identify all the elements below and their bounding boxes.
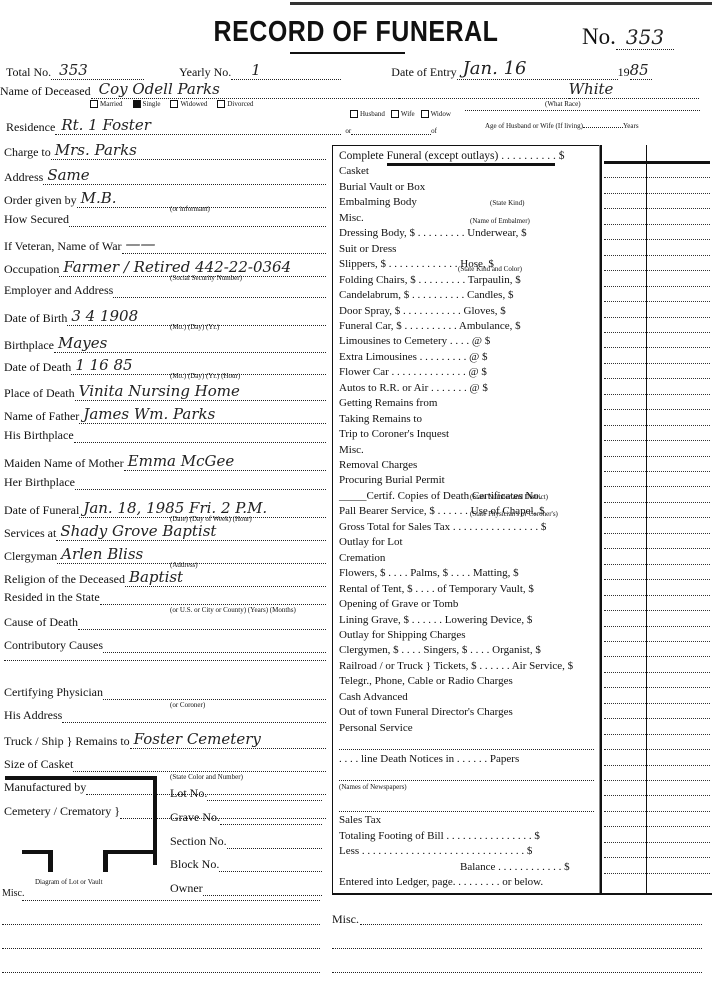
charge-item: Candelabrum, $ . . . . . . . . . . Candl… xyxy=(339,289,513,301)
field-row: Truck / Ship } Remains toFoster Cemetery xyxy=(4,730,326,749)
field-value[interactable] xyxy=(113,297,326,298)
deceased-name-field[interactable]: Coy Odell Parks xyxy=(91,80,399,99)
charge-item: Door Spray, $ . . . . . . . . . . . Glov… xyxy=(339,305,506,317)
misc-right-label: Misc. xyxy=(332,912,359,927)
field-row: Certifying Physician xyxy=(4,685,326,700)
field-value[interactable] xyxy=(62,722,326,723)
field-label: Birthplace xyxy=(4,338,54,353)
field-label: Clergyman xyxy=(4,549,57,564)
diagram-caption: Diagram of Lot or Vault xyxy=(35,878,103,886)
charge-amount-field[interactable] xyxy=(604,193,710,194)
charge-blank-line[interactable] xyxy=(339,811,594,812)
field-value[interactable]: Foster Cemetery xyxy=(130,730,326,749)
charge-item: Flowers, $ . . . . Palms, $ . . . . Matt… xyxy=(339,567,519,579)
misc-right-line-2[interactable] xyxy=(332,948,702,949)
charge-amount-field[interactable] xyxy=(604,363,710,364)
field-row: ClergymanArlen Bliss xyxy=(4,545,326,564)
field-value[interactable]: Same xyxy=(43,166,326,185)
field-row: Order given byM.B. xyxy=(4,189,326,208)
field-label: Date of Death xyxy=(4,360,71,375)
lot-field-input[interactable] xyxy=(203,895,322,896)
deceased-name-row: Name of Deceased Coy Odell Parks White xyxy=(0,80,706,99)
marital-divorced[interactable]: Divorced xyxy=(217,100,253,108)
charge-item: Limousines to Cemetery . . . . @ $ xyxy=(339,335,490,347)
field-label: Employer and Address xyxy=(4,283,113,298)
charge-amount-field[interactable] xyxy=(604,347,710,348)
charge-amount-field[interactable] xyxy=(604,672,710,673)
lot-field-row: Section No. xyxy=(170,834,322,849)
field-caption: (Mo.) (Day) (Yr.) xyxy=(170,323,219,331)
charge-amount-field[interactable] xyxy=(604,502,710,503)
field-row: OccupationFarmer / Retired 442-22-0364 xyxy=(4,258,326,277)
total-no-field[interactable]: 353 xyxy=(51,61,144,80)
field-value[interactable]: Shady Grove Baptist xyxy=(56,522,326,541)
field-label: Certifying Physician xyxy=(4,685,103,700)
race-field[interactable]: White xyxy=(569,80,699,99)
charge-item: Funeral Car, $ . . . . . . . . . . Ambul… xyxy=(339,320,521,332)
charge-amount-field[interactable] xyxy=(604,873,710,874)
charge-item: Outlay for Shipping Charges xyxy=(339,629,466,641)
charge-amount-field[interactable] xyxy=(604,255,710,256)
charge-item: Outlay for Lot xyxy=(339,536,403,548)
field-label: Contributory Causes xyxy=(4,638,103,653)
charge-amount-field[interactable] xyxy=(604,208,710,209)
charge-item: Casket xyxy=(339,165,369,177)
charge-amount-field[interactable] xyxy=(604,626,710,627)
charge-amount-field[interactable] xyxy=(604,301,710,302)
charge-amount-field[interactable] xyxy=(604,734,710,735)
field-value[interactable]: Baptist xyxy=(125,568,326,587)
field-value[interactable] xyxy=(74,442,326,443)
charges-bottom-border xyxy=(332,893,712,895)
charge-item: Removal Charges xyxy=(339,459,417,471)
charge-amount-field[interactable] xyxy=(604,517,710,518)
field-label: Truck / Ship } Remains to xyxy=(4,734,130,749)
misc-right-line-1[interactable] xyxy=(360,924,702,925)
charge-item: Rental of Tent, $ . . . . of Temporary V… xyxy=(339,583,534,595)
charge-amount-field[interactable] xyxy=(604,224,710,225)
record-number-value[interactable]: 353 xyxy=(616,25,674,50)
charge-item: Balance . . . . . . . . . . . . $ xyxy=(460,861,570,873)
field-label: How Secured xyxy=(4,212,69,227)
field-caption: (or U.S. or City or County) (Years) (Mon… xyxy=(170,606,296,614)
field-row: Services atShady Grove Baptist xyxy=(4,522,326,541)
charge-amount-field[interactable] xyxy=(604,765,710,766)
field-row: Contributory Causes xyxy=(4,638,326,653)
field-value[interactable] xyxy=(103,699,326,700)
charge-amount-field[interactable] xyxy=(604,579,710,580)
spouse-age-field[interactable] xyxy=(583,127,623,128)
field-row: His Address xyxy=(4,708,326,723)
charge-amount-field[interactable] xyxy=(604,703,710,704)
field-row: Place of DeathVinita Nursing Home xyxy=(4,382,326,401)
charge-item: Telegr., Phone, Cable or Radio Charges xyxy=(339,675,513,687)
entry-row: Total No. 353 Yearly No. 1 Date of Entry… xyxy=(6,58,706,80)
field-value[interactable]: Emma McGee xyxy=(124,452,326,471)
marital-married[interactable]: Married xyxy=(90,100,123,108)
charge-item: Less . . . . . . . . . . . . . . . . . .… xyxy=(339,845,532,857)
lot-field-input[interactable] xyxy=(227,848,322,849)
field-value[interactable]: James Wm. Parks xyxy=(79,405,326,424)
charge-amount-field[interactable] xyxy=(604,317,710,318)
charge-amount-field[interactable] xyxy=(604,842,710,843)
field-label: Resided in the State xyxy=(4,590,100,605)
charge-item: Clergymen, $ . . . . Singers, $ . . . . … xyxy=(339,644,541,656)
field-row: Religion of the DeceasedBaptist xyxy=(4,568,326,587)
lot-field-row: Owner xyxy=(170,881,322,896)
field-value[interactable] xyxy=(4,660,326,661)
charge-item: Getting Remains from xyxy=(339,397,437,409)
field-label: Cause of Death xyxy=(4,615,78,630)
field-value[interactable]: Mayes xyxy=(54,334,326,353)
charge-item: Misc. xyxy=(339,444,364,456)
charge-item: Folding Chairs, $ . . . . . . . . . Tarp… xyxy=(339,274,521,286)
charge-amount-field[interactable] xyxy=(604,548,710,549)
misc-left-line-4[interactable] xyxy=(2,972,320,973)
field-label: If Veteran, Name of War xyxy=(4,239,122,254)
field-row: Size of Casket xyxy=(4,757,326,772)
field-caption: (Social Security Number) xyxy=(170,274,242,282)
field-value[interactable] xyxy=(75,489,326,490)
field-label: Order given by xyxy=(4,193,77,208)
field-value[interactable] xyxy=(103,652,326,653)
charge-item: Complete Funeral (except outlays) . . . … xyxy=(339,150,564,162)
charge-item: Cash Advanced xyxy=(339,691,408,703)
field-label: Charge to xyxy=(4,145,51,160)
field-label: Her Birthplace xyxy=(4,475,75,490)
charge-item: Flower Car . . . . . . . . . . . . . . @… xyxy=(339,366,487,378)
field-row: Name of FatherJames Wm. Parks xyxy=(4,405,326,424)
field-label: His Birthplace xyxy=(4,428,74,443)
lot-field-row: Block No. xyxy=(170,857,322,872)
field-row: Her Birthplace xyxy=(4,475,326,490)
charge-amount-field[interactable] xyxy=(604,687,710,688)
charge-item: . . . . line Death Notices in . . . . . … xyxy=(339,753,519,765)
charge-amount-field[interactable] xyxy=(604,177,710,178)
charge-amount-field[interactable] xyxy=(604,425,710,426)
amount-column-divider xyxy=(599,145,602,895)
residence-field[interactable]: Rt. 1 Foster xyxy=(55,116,341,135)
lot-field-input[interactable] xyxy=(220,824,322,825)
charge-amount-field[interactable] xyxy=(604,641,710,642)
field-value[interactable] xyxy=(78,629,326,630)
charge-blank-line[interactable] xyxy=(339,780,594,781)
charge-blank-line[interactable] xyxy=(339,749,594,750)
charge-item: Misc. xyxy=(339,212,364,224)
charge-item: Suit or Dress xyxy=(339,243,396,255)
charge-amount-field[interactable] xyxy=(604,456,710,457)
charge-item: Out of town Funeral Director's Charges xyxy=(339,706,513,718)
lot-field-row: Lot No. xyxy=(170,786,322,801)
year-field[interactable]: 85 xyxy=(630,61,652,80)
field-row: How Secured xyxy=(4,212,326,227)
field-value[interactable] xyxy=(69,226,326,227)
charge-item: (Names of Newspapers) xyxy=(339,783,407,791)
title-underline xyxy=(290,52,405,54)
charge-amount-field[interactable] xyxy=(604,409,710,410)
date-of-entry-field[interactable]: Jan. 16 xyxy=(457,58,618,80)
charge-amount-field[interactable] xyxy=(604,718,710,719)
top-border xyxy=(290,2,712,5)
charge-item: Totaling Footing of Bill . . . . . . . .… xyxy=(339,830,540,842)
misc-left-label: Misc. xyxy=(2,888,25,899)
field-value[interactable] xyxy=(73,771,326,772)
marital-widowed[interactable]: Widowed xyxy=(170,100,207,108)
charge-amount-field[interactable] xyxy=(604,332,710,333)
charge-amount-field[interactable] xyxy=(604,533,710,534)
field-label: Name of Father xyxy=(4,409,79,424)
field-row: His Birthplace xyxy=(4,428,326,443)
spouse-age-row: Age of Husband or Wife (If living)Years xyxy=(485,122,639,130)
field-value[interactable] xyxy=(100,604,326,605)
field-row xyxy=(4,660,326,661)
field-row: Cause of Death xyxy=(4,615,326,630)
field-row: Date of Death1 16 85 xyxy=(4,356,326,375)
residence-row: Residence Rt. 1 Foster or of xyxy=(6,116,466,135)
misc-right-line-3[interactable] xyxy=(332,972,702,973)
charge-amount-field[interactable] xyxy=(604,286,710,287)
charge-amount-field[interactable] xyxy=(604,239,710,240)
misc-left-line-2[interactable] xyxy=(2,924,320,925)
field-row: If Veteran, Name of War—— xyxy=(4,235,326,254)
charge-amount-field[interactable] xyxy=(604,394,710,395)
field-row: Maiden Name of MotherEmma McGee xyxy=(4,452,326,471)
lot-field-input[interactable] xyxy=(207,800,322,801)
field-label: Date of Birth xyxy=(4,311,67,326)
field-label: His Address xyxy=(4,708,62,723)
field-value[interactable]: Vinita Nursing Home xyxy=(75,382,326,401)
charge-amount-field[interactable] xyxy=(604,440,710,441)
complete-funeral-underline xyxy=(387,163,555,166)
charge-amount-field[interactable] xyxy=(604,656,710,657)
field-label: Occupation xyxy=(4,262,59,277)
lot-field-input[interactable] xyxy=(219,871,322,872)
field-label: Religion of the Deceased xyxy=(4,572,125,587)
charge-item: Gross Total for Sales Tax . . . . . . . … xyxy=(339,521,546,533)
charge-item: Trip to Coroner's Inquest xyxy=(339,428,449,440)
lot-field-row: Grave No. xyxy=(170,810,322,825)
charge-amount-field[interactable] xyxy=(604,471,710,472)
field-row: AddressSame xyxy=(4,166,326,185)
spouse-name-field[interactable] xyxy=(351,134,431,135)
field-row: Employer and Address xyxy=(4,283,326,298)
misc-left-line-1[interactable] xyxy=(22,900,320,901)
charge-item: Opening of Grave or Tomb xyxy=(339,598,458,610)
marital-single[interactable]: Single xyxy=(133,100,161,108)
charge-amount-field[interactable] xyxy=(604,595,710,596)
charge-item: Sales Tax xyxy=(339,814,381,826)
field-row: Date of Birth3 4 1908 xyxy=(4,307,326,326)
charge-amount-field[interactable] xyxy=(604,857,710,858)
field-value[interactable]: Mrs. Parks xyxy=(51,141,326,160)
field-row: Resided in the State xyxy=(4,590,326,605)
yearly-no-field[interactable]: 1 xyxy=(231,61,341,80)
charge-amount-field[interactable] xyxy=(604,811,710,812)
field-label: Date of Funeral xyxy=(4,503,79,518)
field-row: Date of FuneralJan. 18, 1985 Fri. 2 P.M. xyxy=(4,499,326,518)
record-number: No.353 xyxy=(582,24,674,50)
charge-amount-field[interactable] xyxy=(604,486,710,487)
field-row: Charge toMrs. Parks xyxy=(4,141,326,160)
charge-item: Cremation xyxy=(339,552,385,564)
charge-item: Extra Limousines . . . . . . . . . @ $ xyxy=(339,351,488,363)
field-label: Place of Death xyxy=(4,386,75,401)
charge-amount-field[interactable] xyxy=(604,564,710,565)
charge-amount-field[interactable] xyxy=(604,826,710,827)
charge-item: Autos to R.R. or Air . . . . . . . @ $ xyxy=(339,382,488,394)
field-label: Maiden Name of Mother xyxy=(4,456,124,471)
charge-item: Entered into Ledger, page. . . . . . . .… xyxy=(339,876,543,888)
charge-amount-field[interactable] xyxy=(604,780,710,781)
charge-amount-field[interactable] xyxy=(604,795,710,796)
charge-item: Personal Service xyxy=(339,722,413,734)
charge-item: Dressing Body, $ . . . . . . . . . Under… xyxy=(339,227,527,239)
charge-item: Procuring Burial Permit xyxy=(339,474,445,486)
field-label: Services at xyxy=(4,526,56,541)
cents-column-divider xyxy=(646,145,647,895)
charge-amount-field[interactable] xyxy=(604,378,710,379)
charge-item: Railroad / or Truck } Tickets, $ . . . .… xyxy=(339,660,573,672)
charge-item: Lining Grave, $ . . . . . . Lowering Dev… xyxy=(339,614,532,626)
field-caption: (Mo.) (Day) (Yr.) (Hour) xyxy=(170,372,240,380)
marital-status-group: Married Single Widowed Divorced xyxy=(90,100,253,108)
field-row: BirthplaceMayes xyxy=(4,334,326,353)
charge-item: Embalming Body xyxy=(339,196,417,208)
charge-amount-field[interactable] xyxy=(604,270,710,271)
charge-item: Taking Remains to xyxy=(339,413,422,425)
field-label: Address xyxy=(4,170,43,185)
misc-left-line-3[interactable] xyxy=(2,948,320,949)
charge-amount-field[interactable] xyxy=(604,610,710,611)
charge-item: Burial Vault or Box xyxy=(339,181,425,193)
charge-amount-field[interactable] xyxy=(604,749,710,750)
field-value[interactable]: —— xyxy=(122,235,326,254)
field-label: Size of Casket xyxy=(4,757,73,772)
